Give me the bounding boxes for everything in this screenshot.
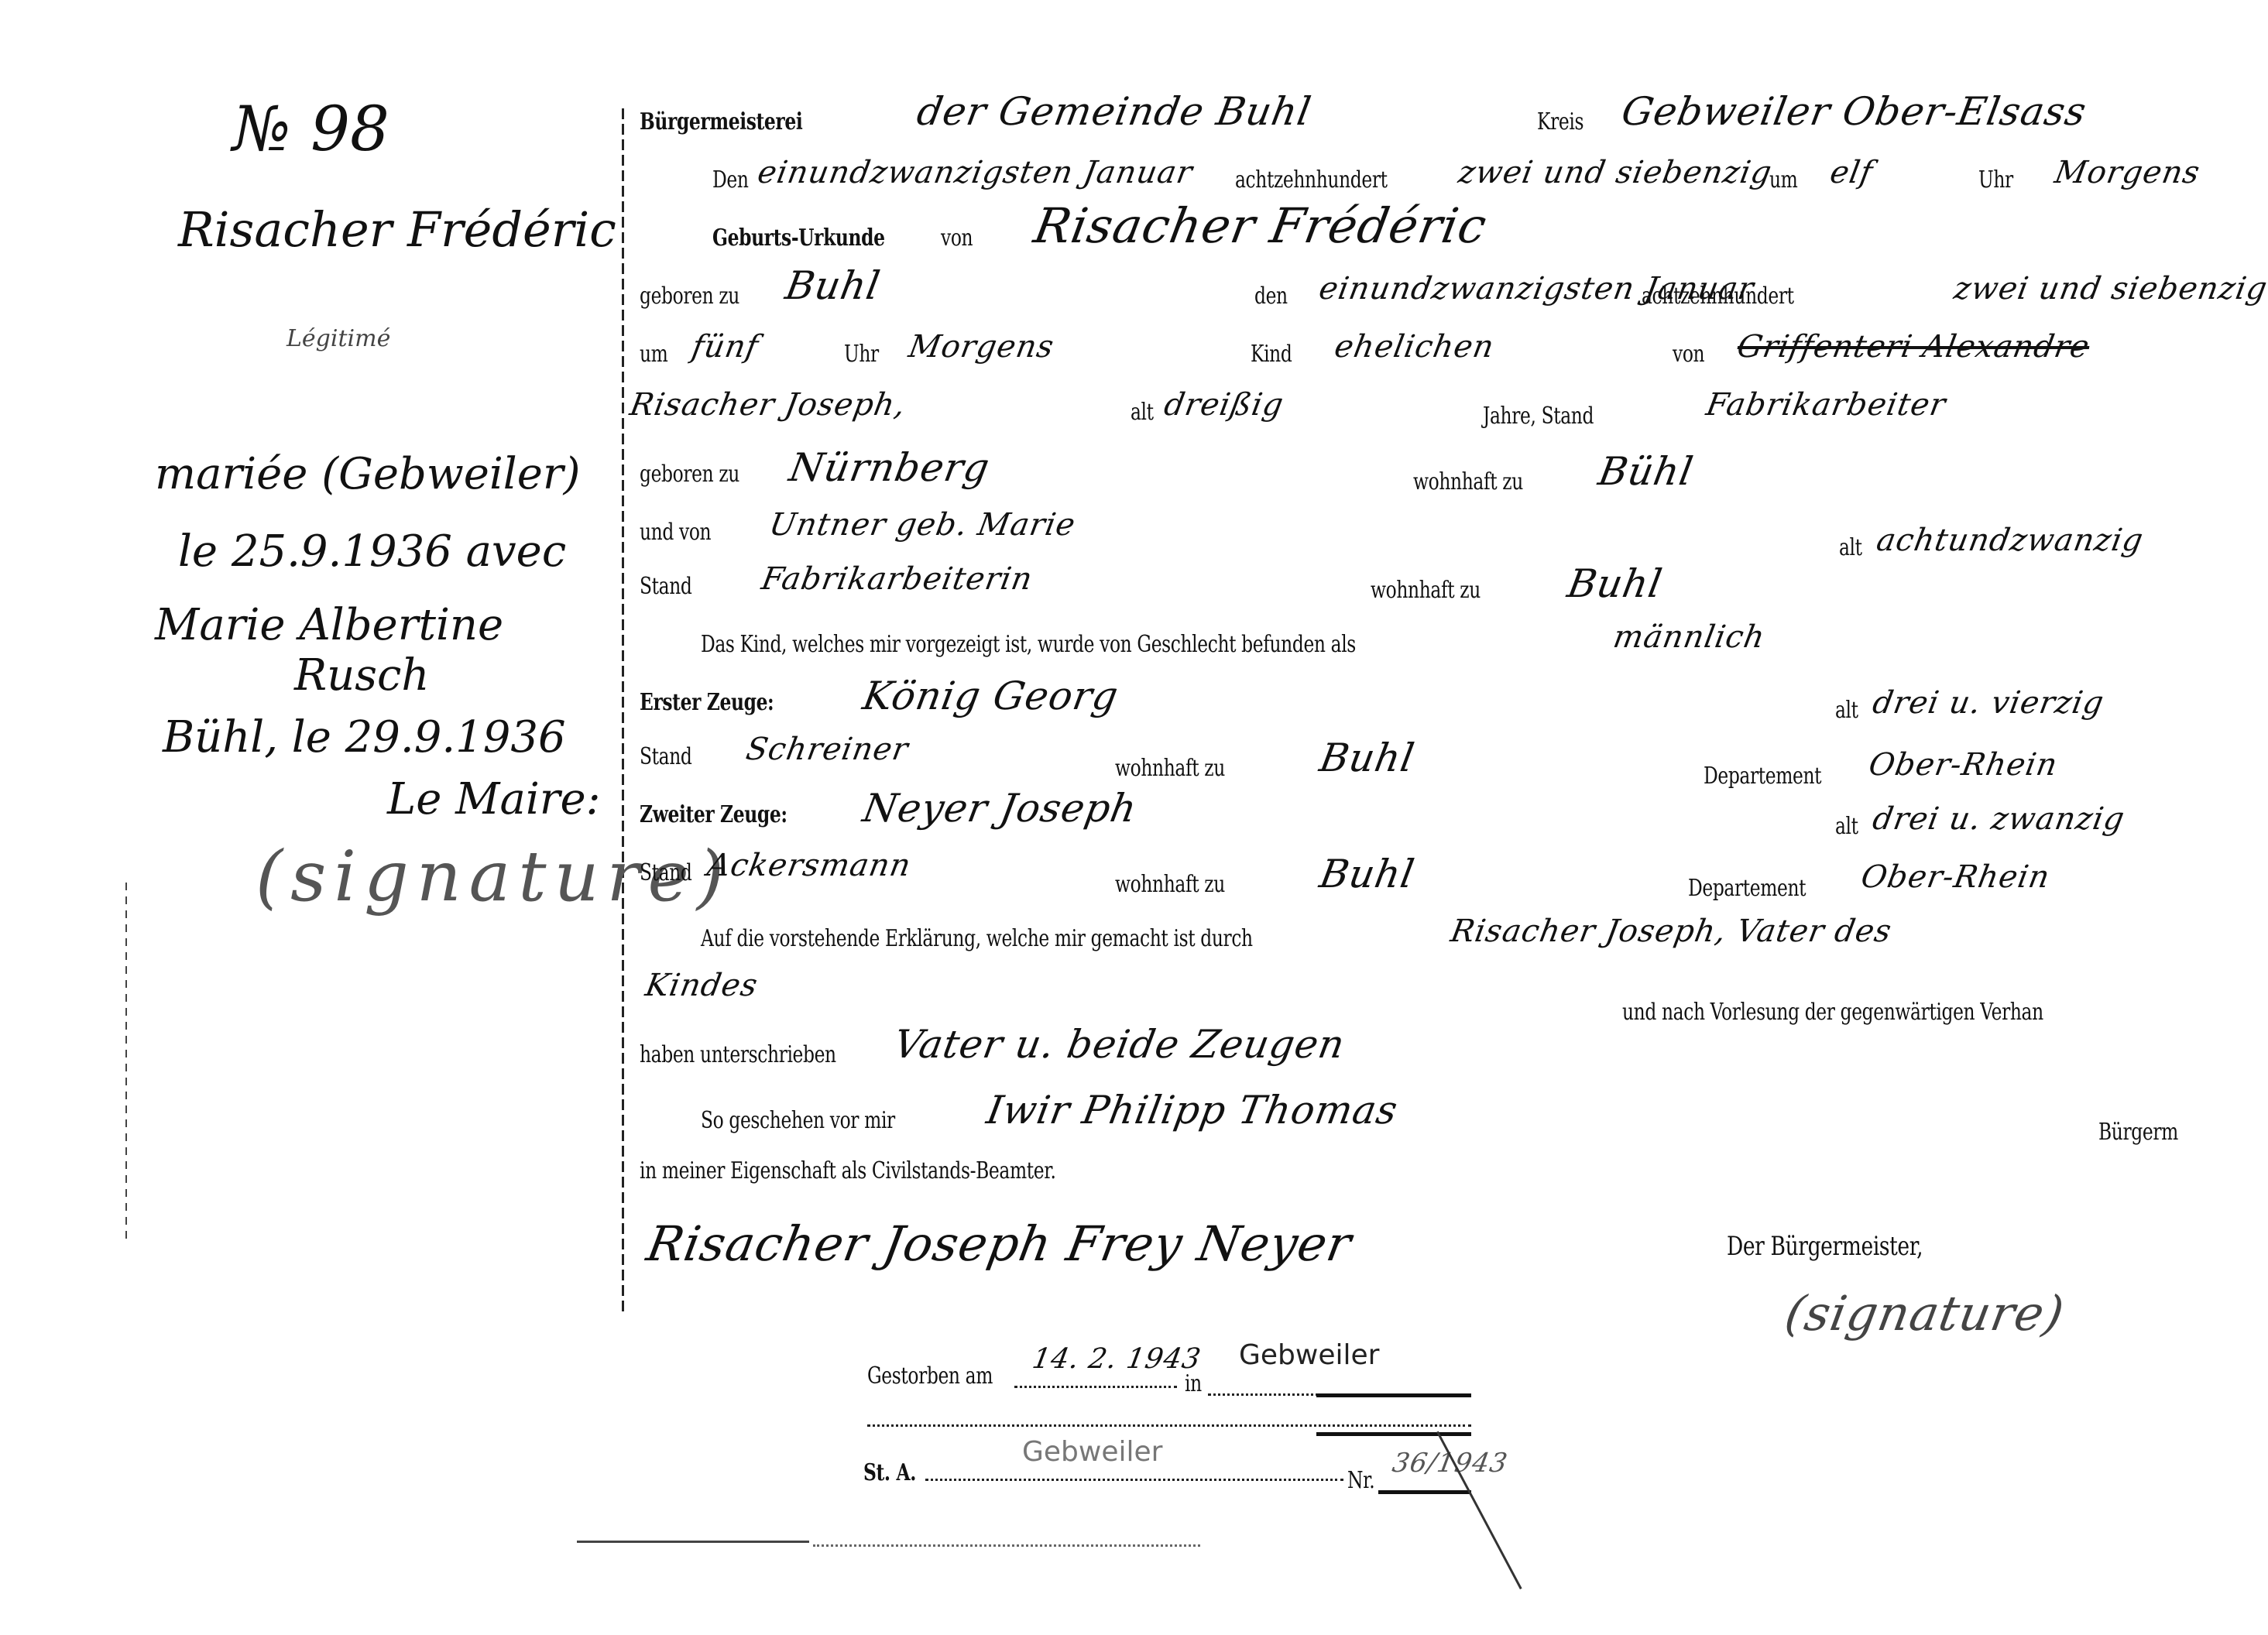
hand-father-occupation: Fabrikarbeiter (1704, 387, 1949, 423)
hand-witness1-occupation: Schreiner (743, 732, 911, 767)
label-st-a: St. A. (863, 1459, 916, 1486)
label-der-buergermeister: Der Bürgermeister, (1727, 1231, 1923, 1262)
label-stand: Stand (640, 573, 691, 600)
label-buergermeisterei: Bürgermeisterei (640, 108, 802, 135)
hand-morgens: Morgens (2052, 155, 2203, 190)
label-auf-die-erklaerung: Auf die vorstehende Erklärung, welche mi… (701, 925, 1253, 952)
solid-line-blank (1316, 1432, 1471, 1436)
bottom-scan-dots (813, 1544, 1200, 1547)
dotted-line-st-a (925, 1479, 1343, 1481)
label-departement: Departement (1704, 763, 1821, 790)
margin-small-note: Légitimé (287, 325, 390, 352)
label-geboren-zu: geboren zu (640, 283, 739, 310)
label-uhr: Uhr (1978, 166, 2013, 194)
hand-morgens-2: Morgens (906, 329, 1057, 365)
hand-father-age: dreißig (1161, 387, 1286, 423)
form-margin-rule (622, 108, 624, 1316)
label-wohnhaft-zu-4: wohnhaft zu (1115, 871, 1225, 898)
label-von-2: von (1673, 341, 1704, 368)
marriage-line-3: Marie Albertine (155, 600, 503, 650)
label-alt: alt (1131, 399, 1154, 426)
hand-signatories: Vater u. beide Zeugen (890, 1022, 1348, 1067)
label-in: in (1185, 1370, 1202, 1397)
hand-legitimacy: ehelichen (1332, 329, 1497, 365)
hand-witness1-departement: Ober-Rhein (1866, 747, 2060, 783)
label-stand-2: Stand (640, 743, 691, 770)
hand-birth-year: zwei und siebenzig (1951, 271, 2268, 307)
hand-child-name: Risacher Frédéric (1030, 197, 1491, 254)
hand-mother-occupation: Fabrikarbeiterin (759, 561, 1035, 597)
marriage-line-1: mariée (Gebweiler) (155, 449, 580, 499)
stamp-death-place: Gebweiler (1239, 1339, 1379, 1371)
label-erster-zeuge: Erster Zeuge: (640, 689, 774, 716)
hand-mother-age: achtundzwanzig (1874, 523, 2146, 558)
label-geboren-zu-2: geboren zu (640, 461, 739, 488)
label-wohnhaft-zu-3: wohnhaft zu (1115, 755, 1225, 782)
hand-witness1-residence: Buhl (1316, 735, 1418, 780)
hand-hour: elf (1827, 155, 1875, 190)
label-von: von (941, 225, 973, 252)
hand-mayor-signature: (signature) (1781, 1285, 2069, 1342)
label-departement-2: Departement (1688, 875, 1806, 902)
label-gestorben-am: Gestorben am (867, 1362, 993, 1390)
hand-signatures: Risacher Joseph Frey Neyer (643, 1215, 1356, 1272)
stamp-st-a-place: Gebweiler (1022, 1436, 1162, 1468)
hand-date-day: einundzwanzigsten Januar (755, 155, 1196, 190)
marriage-line-4: Rusch (294, 650, 429, 701)
hand-kindes: Kindes (643, 968, 760, 1003)
hand-gemeinde: der Gemeinde Buhl (914, 89, 1315, 134)
label-achtzehnhundert: achtzehnhundert (1235, 166, 1388, 194)
hand-father-residence: Bühl (1595, 449, 1697, 494)
label-kreis: Kreis (1537, 108, 1583, 135)
hand-father-birthplace: Nürnberg (786, 445, 993, 490)
solid-line-place (1316, 1393, 1471, 1397)
stamp-death-date: 14. 2. 1943 (1030, 1343, 1203, 1375)
hand-witness2-departement: Ober-Rhein (1858, 859, 2053, 895)
label-um: um (1769, 166, 1797, 194)
bottom-scan-line (577, 1541, 809, 1543)
hand-mother-name: Untner geb. Marie (767, 507, 1079, 543)
label-nr: Nr. (1347, 1467, 1374, 1494)
hand-witness1-name: König Georg (860, 674, 1122, 718)
label-alt-3: alt (1835, 697, 1858, 724)
label-den-2: den (1254, 283, 1288, 310)
hand-sex: männlich (1611, 619, 1768, 655)
label-geburts-urkunde: Geburts-Urkunde (712, 225, 885, 252)
marriage-line-6: Le Maire: (387, 774, 601, 824)
hand-witness2-age: drei u. zwanzig (1870, 801, 2128, 837)
dotted-line-blank (867, 1424, 1471, 1427)
hand-struck-name: Griffenteri Alexandre (1734, 329, 2092, 365)
hand-witness2-name: Neyer Joseph (860, 786, 1141, 831)
label-eigenschaft: in meiner Eigenschaft als Civilstands-Be… (640, 1157, 1055, 1184)
label-kind: Kind (1251, 341, 1292, 368)
hand-witness1-age: drei u. vierzig (1870, 685, 2107, 721)
label-so-geschehen: So geschehen vor mir (701, 1107, 895, 1134)
hand-father-name: Risacher Joseph, (627, 387, 908, 423)
label-stand-3: Stand (640, 859, 691, 886)
hand-kreis: Gebweiler Ober-Elsass (1618, 89, 2090, 134)
margin-name: Risacher Frédéric (178, 201, 616, 258)
marriage-line-5: Bühl, le 29.9.1936 (163, 712, 566, 763)
hand-declarant: Risacher Joseph, Vater des (1448, 913, 1895, 949)
label-alt-4: alt (1835, 813, 1858, 840)
label-und-von: und von (640, 519, 711, 546)
label-jahre-stand: Jahre, Stand (1483, 403, 1594, 430)
label-alt-2: alt (1839, 534, 1862, 561)
hand-official-name: Iwir Philipp Thomas (983, 1088, 1402, 1133)
hand-birthplace: Buhl (782, 263, 884, 308)
left-edge-rule (125, 883, 127, 1239)
label-wohnhaft-zu: wohnhaft zu (1413, 468, 1523, 495)
hand-year: zwei und siebenzig (1456, 155, 1775, 190)
label-zweiter-zeuge: Zweiter Zeuge: (640, 801, 787, 828)
hand-witness2-occupation: Ackersmann (705, 848, 914, 883)
label-nach-vorlesung: und nach Vorlesung der gegenwärtigen Ver… (1622, 999, 2043, 1026)
label-buergerm: Bürgerm (2098, 1119, 2178, 1146)
dotted-line-date (1014, 1386, 1177, 1388)
label-den: Den (712, 166, 749, 194)
hand-witness2-residence: Buhl (1316, 852, 1418, 896)
label-achtzehnhundert-2: achtzehnhundert (1642, 283, 1794, 310)
solid-line-nr (1378, 1490, 1471, 1494)
label-wohnhaft-zu-2: wohnhaft zu (1371, 577, 1481, 604)
hand-mother-residence: Buhl (1564, 561, 1666, 606)
entry-number: № 98 (232, 93, 389, 165)
marriage-line-2: le 25.9.1936 avec (178, 526, 566, 577)
label-um-2: um (640, 341, 667, 368)
label-uhr-2: Uhr (844, 341, 879, 368)
label-das-kind: Das Kind, welches mir vorgezeigt ist, wu… (701, 631, 1356, 658)
label-haben-unterschrieben: haben unterschrieben (640, 1041, 836, 1068)
hand-birth-hour: fünf (689, 329, 761, 365)
